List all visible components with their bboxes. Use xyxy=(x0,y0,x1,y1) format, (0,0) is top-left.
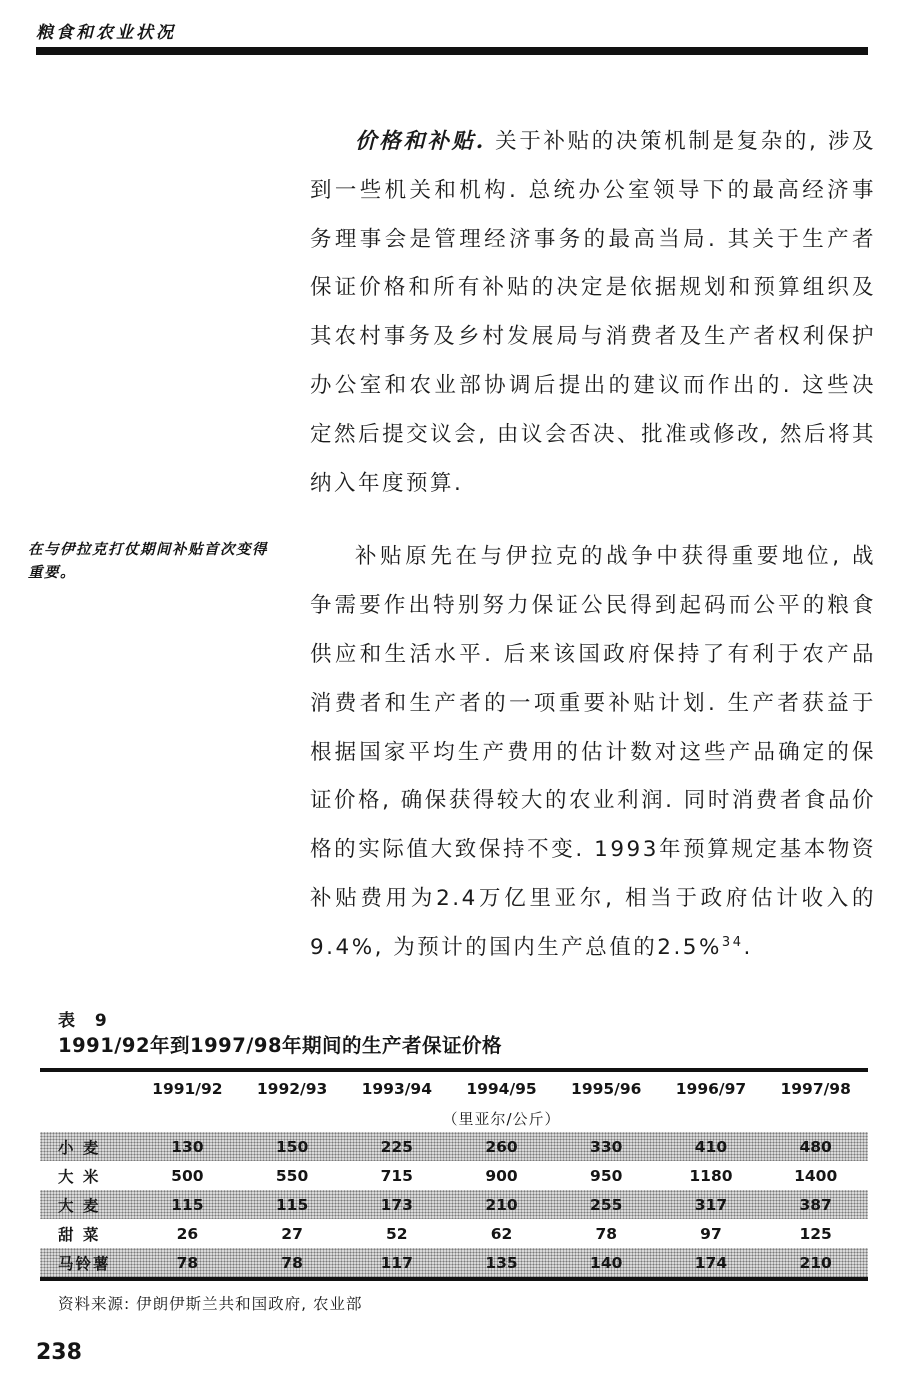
row-label: 小 麦 xyxy=(40,1136,135,1158)
column-header: 1995/96 xyxy=(554,1080,659,1098)
producer-price-table: 1991/92 1992/93 1993/94 1994/95 1995/96 … xyxy=(40,1068,868,1281)
table-cell: 387 xyxy=(763,1196,868,1214)
column-header: 1991/92 xyxy=(135,1080,240,1098)
table-cell: 125 xyxy=(763,1225,868,1243)
table-cell: 115 xyxy=(240,1196,345,1214)
table-cell: 26 xyxy=(135,1225,240,1243)
table-cell: 900 xyxy=(449,1167,554,1185)
table-title: 1991/92年到1997/98年期间的生产者保证价格 xyxy=(58,1030,502,1058)
column-header: 1993/94 xyxy=(344,1080,449,1098)
table-cell: 78 xyxy=(240,1254,345,1272)
running-head-title: 粮食和农业状况 xyxy=(36,18,176,43)
table-number-label: 表 9 xyxy=(58,1006,114,1031)
main-text-column: 价格和补贴. 关于补贴的决策机制是复杂的, 涉及到一些机关和机构. 总统办公室领… xyxy=(310,118,876,973)
column-header: 1992/93 xyxy=(240,1080,345,1098)
column-header: 1994/95 xyxy=(449,1080,554,1098)
table-cell: 150 xyxy=(240,1138,345,1156)
row-label: 大 米 xyxy=(40,1165,135,1187)
table-cell: 174 xyxy=(659,1254,764,1272)
table-cell: 130 xyxy=(135,1138,240,1156)
table-cell: 97 xyxy=(659,1225,764,1243)
table-cell: 317 xyxy=(659,1196,764,1214)
table-cell: 225 xyxy=(344,1138,449,1156)
table-cell: 115 xyxy=(135,1196,240,1214)
table-cell: 255 xyxy=(554,1196,659,1214)
table-cell: 210 xyxy=(449,1196,554,1214)
row-label: 甜 菜 xyxy=(40,1223,135,1245)
table-cell: 210 xyxy=(763,1254,868,1272)
paragraph-lead-heading: 价格和补贴. xyxy=(355,129,486,154)
table-cell: 330 xyxy=(554,1138,659,1156)
table-cell: 27 xyxy=(240,1225,345,1243)
table-cell: 135 xyxy=(449,1254,554,1272)
table-cell: 62 xyxy=(449,1225,554,1243)
table-cell: 78 xyxy=(554,1225,659,1243)
row-label: 大 麦 xyxy=(40,1194,135,1216)
footnote-reference: 34 xyxy=(722,935,744,950)
table-cell: 480 xyxy=(763,1138,868,1156)
table-row-potato: 马铃薯 78 78 117 135 140 174 210 xyxy=(40,1248,868,1277)
table-unit-row: （里亚尔/公斤） xyxy=(135,1105,868,1132)
paragraph-subsidies-history: 补贴原先在与伊拉克的战争中获得重要地位, 战争需要作出特别努力保证公民得到起码而… xyxy=(310,533,876,972)
table-row-wheat: 小 麦 130 150 225 260 330 410 480 xyxy=(40,1132,868,1161)
table-cell: 550 xyxy=(240,1167,345,1185)
table-cell: 140 xyxy=(554,1254,659,1272)
paragraph-prices-and-subsidies: 价格和补贴. 关于补贴的决策机制是复杂的, 涉及到一些机关和机构. 总统办公室领… xyxy=(310,118,876,508)
page-number: 238 xyxy=(36,1340,82,1365)
table-header-row: 1991/92 1992/93 1993/94 1994/95 1995/96 … xyxy=(40,1072,868,1105)
table-row-sugarbeet: 甜 菜 26 27 52 62 78 97 125 xyxy=(40,1219,868,1248)
table-cell: 1180 xyxy=(659,1167,764,1185)
table-cell: 78 xyxy=(135,1254,240,1272)
table-cell: 410 xyxy=(659,1138,764,1156)
column-header: 1997/98 xyxy=(763,1080,868,1098)
margin-note: 在与伊拉克打仗期间补贴首次变得重要。 xyxy=(28,538,276,584)
table-row-rice: 大 米 500 550 715 900 950 1180 1400 xyxy=(40,1161,868,1190)
table-cell: 173 xyxy=(344,1196,449,1214)
table-source-note: 资料来源: 伊朗伊斯兰共和国政府, 农业部 xyxy=(58,1292,363,1314)
table-cell: 715 xyxy=(344,1167,449,1185)
table-cell: 52 xyxy=(344,1225,449,1243)
table-cell: 1400 xyxy=(763,1167,868,1185)
header-rule xyxy=(36,47,868,55)
table-cell: 260 xyxy=(449,1138,554,1156)
table-cell: 950 xyxy=(554,1167,659,1185)
table-row-barley: 大 麦 115 115 173 210 255 317 387 xyxy=(40,1190,868,1219)
table-cell: 500 xyxy=(135,1167,240,1185)
column-header: 1996/97 xyxy=(659,1080,764,1098)
paragraph-1-text: 关于补贴的决策机制是复杂的, 涉及到一些机关和机构. 总统办公室领导下的最高经济… xyxy=(310,129,876,496)
paragraph-2-text: 补贴原先在与伊拉克的战争中获得重要地位, 战争需要作出特别努力保证公民得到起码而… xyxy=(310,544,876,959)
table-cell: 117 xyxy=(344,1254,449,1272)
paragraph-2-period: . xyxy=(743,935,752,960)
row-label: 马铃薯 xyxy=(40,1252,135,1274)
